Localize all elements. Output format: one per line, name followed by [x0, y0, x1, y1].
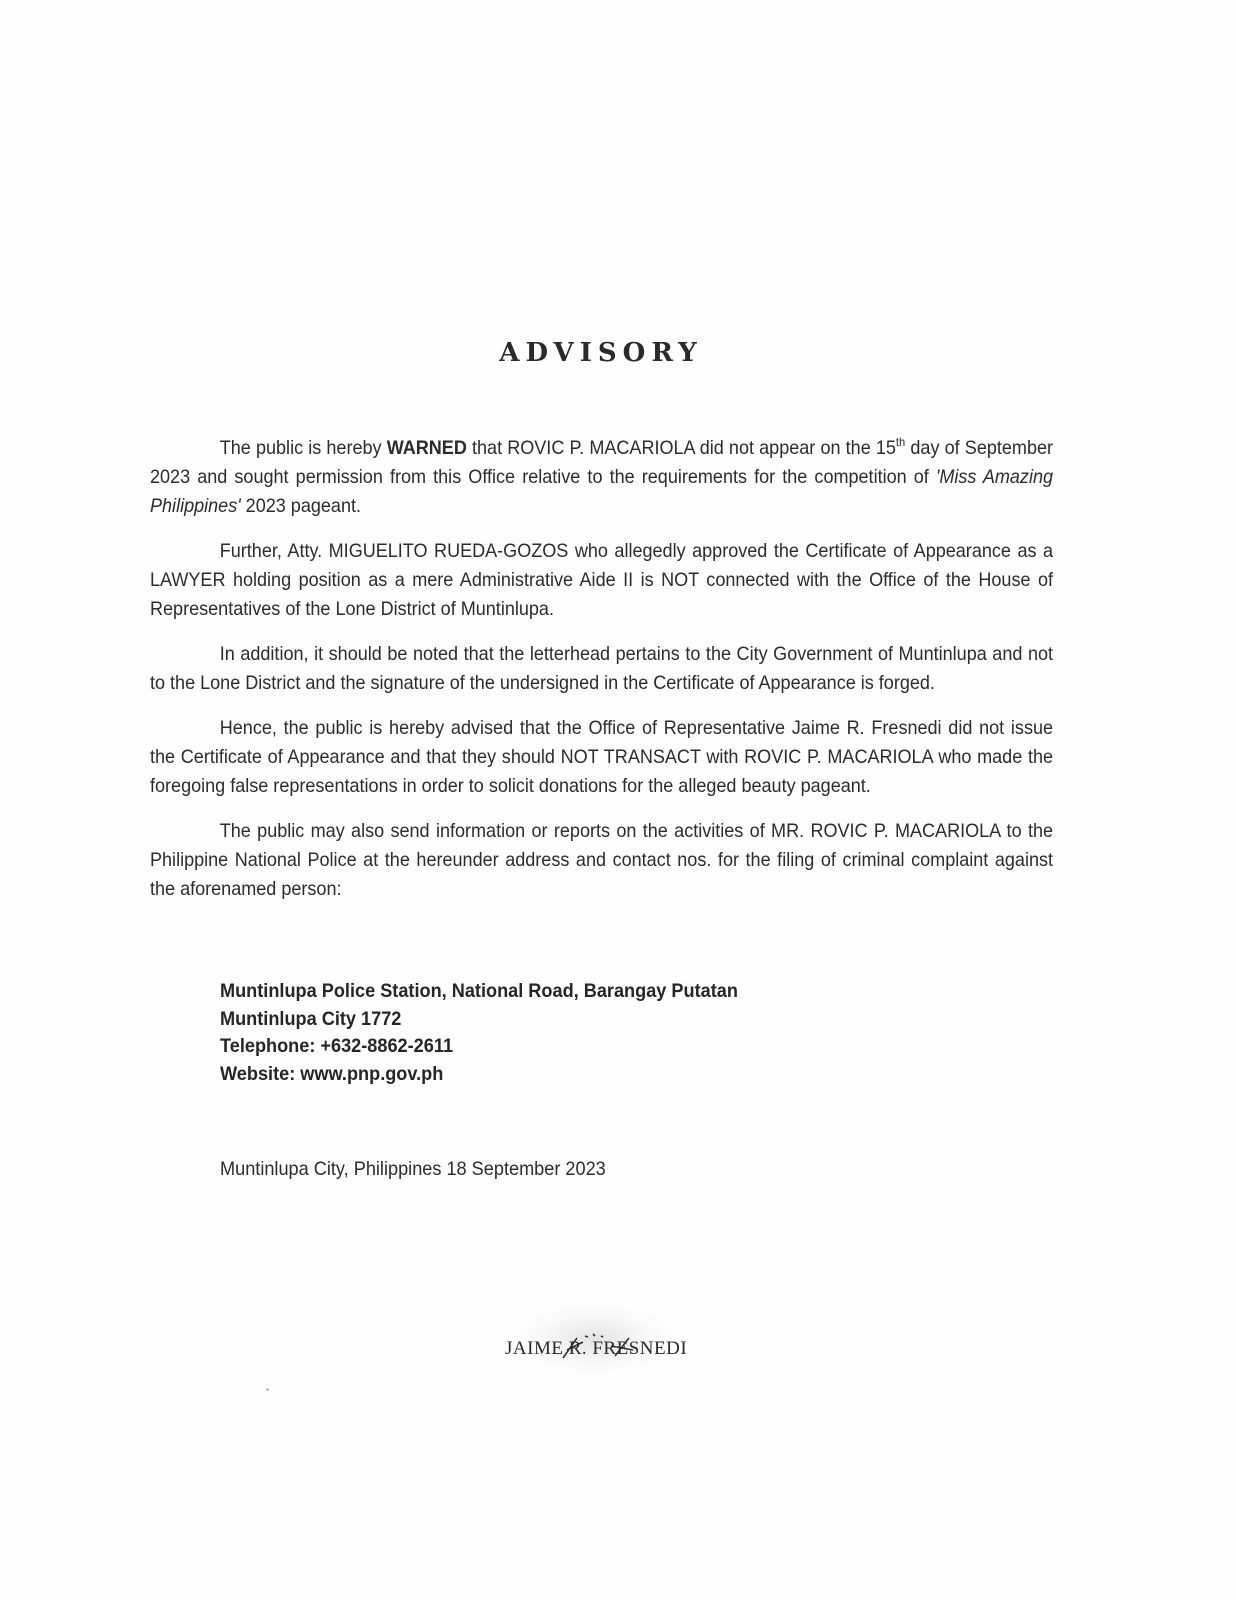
scan-speck: [266, 1388, 269, 1391]
address-website: Website: www.pnp.gov.ph: [220, 1061, 738, 1089]
advisory-body: The public is hereby WARNED that ROVIC P…: [150, 434, 1053, 920]
place-and-date: Muntinlupa City, Philippines 18 Septembe…: [220, 1158, 606, 1181]
address-line-2: Muntinlupa City 1772: [220, 1006, 738, 1034]
text-segment: Further, Atty. MIGUELITO RUEDA-GOZOS who…: [150, 540, 1053, 620]
text-segment: 2023 pageant.: [241, 495, 361, 517]
signatory-name: JAIME R. FRESNEDI: [505, 1338, 687, 1360]
text-segment: th: [896, 435, 905, 449]
signature-block: JAIME R. FRESNEDI: [505, 1334, 705, 1374]
address-telephone: Telephone: +632-8862-2611: [220, 1033, 738, 1061]
text-segment: that ROVIC P. MACARIOLA did not appear o…: [467, 437, 896, 459]
document-title: ADVISORY: [0, 338, 1202, 368]
paragraph-lawyer-disclaimer: Further, Atty. MIGUELITO RUEDA-GOZOS who…: [150, 537, 1053, 624]
text-segment: Hence, the public is hereby advised that…: [150, 717, 1053, 797]
text-segment: The public is hereby: [220, 437, 387, 459]
paragraph-letterhead-forgery: In addition, it should be noted that the…: [150, 640, 1053, 698]
paragraph-do-not-transact: Hence, the public is hereby advised that…: [150, 714, 1053, 801]
text-segment: The public may also send information or …: [150, 820, 1053, 900]
address-line-1: Muntinlupa Police Station, National Road…: [220, 978, 738, 1006]
advisory-page: ADVISORY The public is hereby WARNED tha…: [0, 0, 1236, 1600]
text-segment: WARNED: [387, 437, 467, 459]
paragraph-report-to-police: The public may also send information or …: [150, 817, 1053, 904]
police-station-address: Muntinlupa Police Station, National Road…: [220, 978, 738, 1088]
paragraph-warning: The public is hereby WARNED that ROVIC P…: [150, 434, 1053, 521]
text-segment: In addition, it should be noted that the…: [150, 643, 1053, 694]
